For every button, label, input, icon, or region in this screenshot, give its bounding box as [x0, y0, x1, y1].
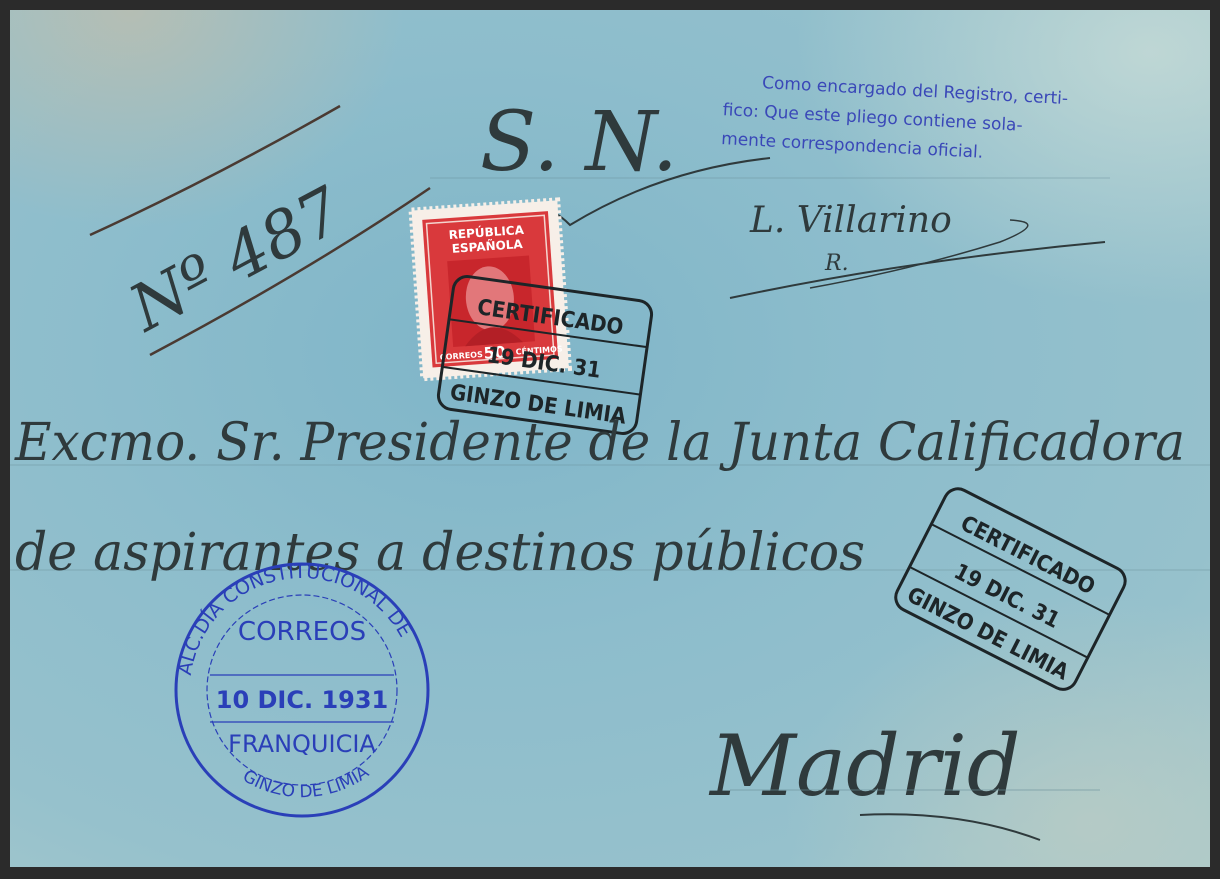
svg-text:GINZO DE LIMIA: GINZO DE LIMIA: [239, 762, 373, 802]
svg-text:CORREOS: CORREOS: [238, 617, 366, 647]
certification-stamp: Como encargado del Registro, certi- fico…: [721, 71, 1069, 167]
svg-text:R.: R.: [824, 251, 849, 276]
registration-number: Nº 487: [90, 106, 430, 355]
svg-text:L. Villarino: L. Villarino: [749, 200, 952, 241]
franchise-cancel: ALC.DÍA CONSTITUCIONAL DE GINZO DE LIMIA…: [174, 561, 428, 816]
svg-text:10 DIC. 1931: 10 DIC. 1931: [216, 686, 389, 714]
address-city: Madrid: [708, 717, 1100, 840]
envelope: Nº 487 S. N. Como encargado del Registro…: [10, 10, 1210, 867]
address-line-1: Excmo. Sr. Presidente de la Junta Califi…: [14, 413, 1185, 473]
svg-text:Madrid: Madrid: [708, 717, 1021, 815]
address-line-2: de aspirantes a destinos públicos: [15, 523, 865, 583]
svg-text:mente correspondencia oficial.: mente correspondencia oficial.: [721, 129, 984, 163]
registered-postmark-2: CERTIFICADO 19 DIC. 31 GINZO DE LIMIA: [891, 484, 1130, 694]
svg-text:fico: Que este pliego contiene: fico: Que este pliego contiene sola-: [722, 100, 1023, 136]
top-handwritten-sn: S. N.: [480, 95, 678, 190]
signature: L. Villarino R.: [730, 200, 1105, 298]
svg-text:FRANQUICIA: FRANQUICIA: [228, 730, 376, 758]
